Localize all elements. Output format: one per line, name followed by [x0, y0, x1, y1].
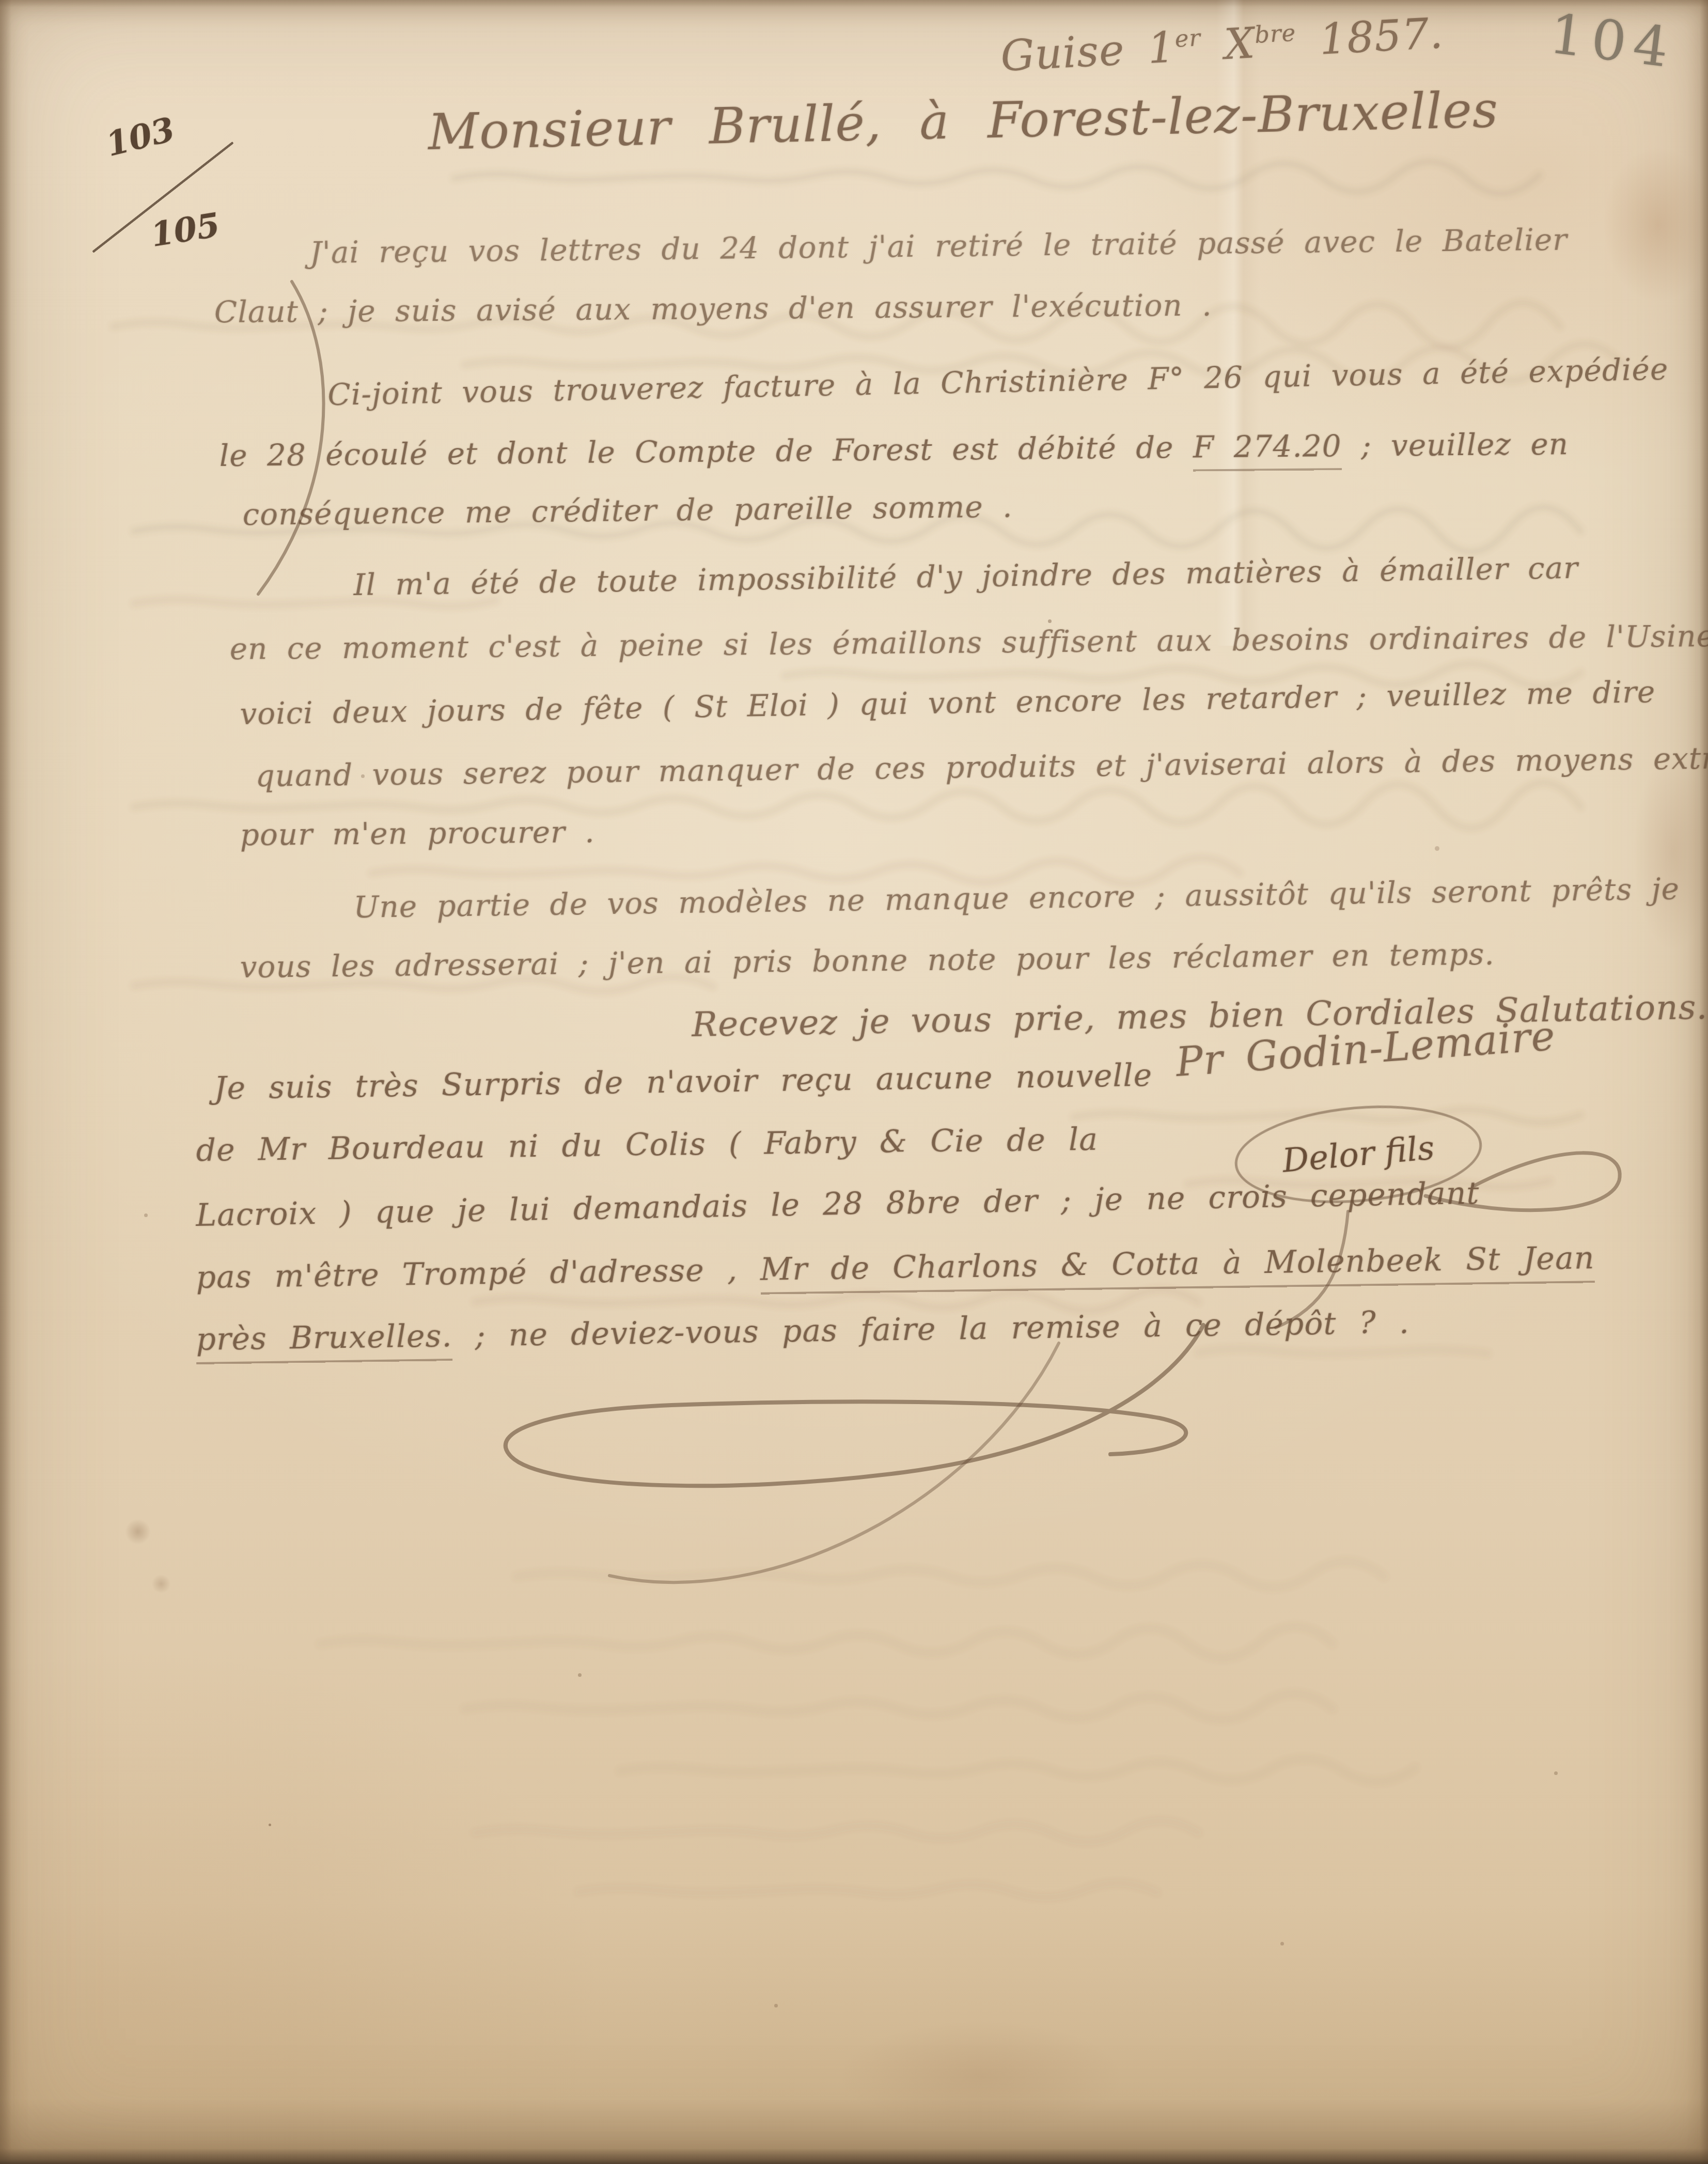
- paper-stain: [120, 1514, 156, 1550]
- letter-line: quand vous serez pour manquer de ces pro…: [255, 740, 1708, 793]
- letter-line: en ce moment c'est à peine si les émaill…: [229, 618, 1708, 666]
- postscript-line: de Mr Bourdeau ni du Colis ( Fabry & Cie…: [196, 1122, 1098, 1169]
- scan-edge-right: [1700, 0, 1708, 2164]
- letter-line: pour m'en procurer .: [240, 814, 594, 852]
- underlined-amount: F 274.20: [1193, 428, 1342, 472]
- scan-edge-bottom: [0, 2149, 1708, 2164]
- underlined-address: Mr de Charlons & Cotta à Molenbeek St Je…: [760, 1240, 1595, 1295]
- postscript-line: pas m'être Trompé d'adresse , Mr de Char…: [196, 1240, 1595, 1296]
- postscript-line: près Bruxelles. ; ne deviez-vous pas fai…: [196, 1304, 1409, 1358]
- dateline-superscript: er: [1174, 24, 1201, 53]
- dateline-part: 1857.: [1295, 9, 1444, 66]
- pen-flourishes: [258, 282, 1620, 1582]
- paper-stain: [785, 1999, 1178, 2154]
- letter-salutation: Monsieur Brullé, à Forest-lez-Bruxelles: [428, 81, 1499, 161]
- archive-page-number: 104: [1546, 2, 1679, 81]
- paraph-arc: [609, 1343, 1059, 1582]
- paper-speckles: [269, 1824, 271, 1826]
- line-segment: le 28 écoulé et dont le Compte de Forest…: [219, 430, 1193, 473]
- dateline-superscript: bre: [1254, 19, 1297, 49]
- letter-line: Une partie de vos modèles ne manque enco…: [353, 871, 1680, 925]
- scan-edge-left: [0, 0, 11, 2164]
- letter-line: Il m'a été de toute impossibilité d'y jo…: [353, 550, 1578, 602]
- letter-line: Claut ; je suis avisé aux moyens d'en as…: [214, 288, 1212, 330]
- dateline-part: X: [1200, 19, 1256, 70]
- postscript-line: Lacroix ) que je lui demandais le 28 8br…: [196, 1175, 1480, 1234]
- paper-stain: [148, 1570, 175, 1597]
- dateline-part: Guise 1: [999, 23, 1177, 81]
- letter-line: J'ai reçu vos lettres du 24 dont j'ai re…: [309, 222, 1568, 270]
- letter-line: voici deux jours de fête ( St Eloi ) qui…: [240, 674, 1656, 731]
- folio-annotation-numerator: 103: [102, 110, 179, 164]
- letter-line: vous les adresserai ; j'en ai pris bonne…: [240, 937, 1495, 985]
- folio-annotation-denominator: 105: [148, 206, 223, 255]
- underlined-address: près Bruxelles.: [196, 1318, 452, 1364]
- scan-edge-top: [0, 0, 1708, 7]
- postscript-line: Je suis très Surpris de n'avoir reçu auc…: [214, 1057, 1153, 1107]
- paper-stain: [1580, 114, 1708, 336]
- line-segment: ; ne deviez-vous pas faire la remise à c…: [452, 1304, 1409, 1354]
- line-segment: pas m'être Trompé d'adresse ,: [196, 1252, 760, 1296]
- letter-line: conséquence me créditer de pareille somm…: [242, 489, 1013, 532]
- line-segment: ; veuillez en: [1341, 426, 1569, 463]
- letter-line: le 28 écoulé et dont le Compte de Forest…: [219, 426, 1569, 473]
- scanned-letter-page: 104 103 105 Guise 1er Xbre 1857. Monsieu…: [0, 0, 1708, 2164]
- letter-line: Ci-joint vous trouverez facture à la Chr…: [327, 351, 1669, 412]
- letter-closing: Recevez je vous prie, mes bien Cordiales…: [692, 987, 1708, 1045]
